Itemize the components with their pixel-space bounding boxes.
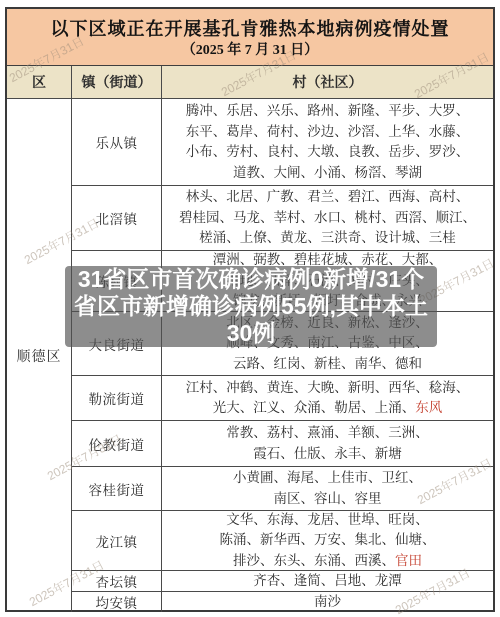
district-cell: 顺德区 (7, 99, 72, 612)
village-names: 光大、江义、众涌、勒居、上涌、 (213, 400, 416, 415)
village-line: 林头、北居、广教、君兰、碧江、西海、高村、 (162, 187, 493, 208)
village-names: 槎涌、上僚、黄龙、三洪奇、设计城、三桂 (199, 230, 456, 245)
village-list: 林头、北居、广教、君兰、碧江、西海、高村、碧桂园、马龙、莘村、水口、桃村、西滘、… (162, 186, 493, 250)
village-names: 排沙、东头、东涌、西溪、 (233, 553, 395, 568)
village-list: 南沙 (162, 592, 493, 612)
village-line: 齐杏、逢简、吕地、龙潭 (162, 571, 493, 591)
village-line: 腾冲、乐居、兴乐、路州、新隆、平步、大罗、 (162, 101, 493, 122)
village-line: 东平、葛岸、荷村、沙边、沙滘、上华、水藤、 (162, 122, 493, 143)
title-block: 以下区域正在开展基孔肯雅热本地病例疫情处置 （2025 年 7 月 31 日） (7, 9, 493, 66)
town-label: 杏坛镇 (72, 571, 162, 591)
village-names: 云路、红岗、新桂、南华、德和 (233, 356, 422, 371)
village-names: 小黄圃、海尾、上佳市、卫红、 (233, 470, 422, 485)
village-names: 江村、冲鹤、黄连、大晚、新明、西华、稔海、 (186, 380, 470, 395)
table-row: 均安镇南沙 (72, 592, 493, 612)
village-names: 文华、东海、龙居、世埠、旺岗、 (226, 512, 429, 527)
village-line: 南区、容山、容里 (162, 489, 493, 510)
village-line: 小布、劳村、良村、大墩、良教、岳步、罗沙、 (162, 142, 493, 163)
village-name-highlighted: 东风 (415, 400, 442, 415)
village-names: 常教、荔村、熹涌、羊额、三洲、 (226, 425, 429, 440)
town-label: 北滘镇 (72, 186, 162, 250)
village-names: 东平、葛岸、荷村、沙边、沙滘、上华、水藤、 (186, 124, 470, 139)
village-list: 文华、东海、龙居、世埠、旺岗、陈涌、新华西、万安、集北、仙塘、排沙、东头、东涌、… (162, 511, 493, 570)
table-row: 乐从镇腾冲、乐居、兴乐、路州、新隆、平步、大罗、东平、葛岸、荷村、沙边、沙滘、上… (72, 99, 493, 186)
village-line: 排沙、东头、东涌、西溪、官田 (162, 551, 493, 571)
header-town: 镇（街道） (72, 66, 162, 98)
town-label: 均安镇 (72, 592, 162, 612)
page-title: 以下区域正在开展基孔肯雅热本地病例疫情处置 (7, 18, 493, 40)
town-label: 乐从镇 (72, 99, 162, 185)
village-names: 陈涌、新华西、万安、集北、仙塘、 (220, 532, 436, 547)
village-line: 常教、荔村、熹涌、羊额、三洲、 (162, 423, 493, 444)
village-names: 霞石、仕版、永丰、新塘 (253, 446, 402, 461)
village-names: 小布、劳村、良村、大墩、良教、岳步、罗沙、 (186, 144, 470, 159)
table-row: 勒流街道江村、冲鹤、黄连、大晚、新明、西华、稔海、光大、江义、众涌、勒居、上涌、… (72, 376, 493, 421)
table-body: 顺德区 乐从镇腾冲、乐居、兴乐、路州、新隆、平步、大罗、东平、葛岸、荷村、沙边、… (7, 99, 493, 612)
town-label: 勒流街道 (72, 376, 162, 420)
village-names: 南区、容山、容里 (274, 491, 382, 506)
village-line: 道教、大闸、小涌、杨滘、琴湖 (162, 163, 493, 184)
village-name-highlighted: 官田 (395, 553, 422, 568)
village-names: 林头、北居、广教、君兰、碧江、西海、高村、 (186, 189, 470, 204)
table-row: 伦教街道常教、荔村、熹涌、羊额、三洲、霞石、仕版、永丰、新塘 (72, 421, 493, 467)
village-line: 陈涌、新华西、万安、集北、仙塘、 (162, 530, 493, 551)
village-line: 江村、冲鹤、黄连、大晚、新明、西华、稔海、 (162, 378, 493, 399)
header-village: 村（社区） (162, 66, 493, 98)
village-list: 常教、荔村、熹涌、羊额、三洲、霞石、仕版、永丰、新塘 (162, 421, 493, 466)
village-names: 潭洲、弼教、碧桂花城、赤花、大都、 (213, 252, 443, 267)
header-district: 区 (7, 66, 72, 98)
table-row: 北滘镇林头、北居、广教、君兰、碧江、西海、高村、碧桂园、马龙、莘村、水口、桃村、… (72, 186, 493, 251)
village-list: 齐杏、逢简、吕地、龙潭 (162, 571, 493, 591)
village-names: 道教、大闸、小涌、杨滘、琴湖 (233, 165, 422, 180)
village-line: 小黄圃、海尾、上佳市、卫红、 (162, 468, 493, 489)
village-names: 碧桂园、马龙、莘村、水口、桃村、西滘、顺江、 (179, 210, 476, 225)
village-list: 小黄圃、海尾、上佳市、卫红、南区、容山、容里 (162, 467, 493, 510)
village-list: 腾冲、乐居、兴乐、路州、新隆、平步、大罗、东平、葛岸、荷村、沙边、沙滘、上华、水… (162, 99, 493, 185)
table-header-row: 区 镇（街道） 村（社区） (7, 66, 493, 99)
village-line: 槎涌、上僚、黄龙、三洪奇、设计城、三桂 (162, 228, 493, 249)
village-line: 文华、东海、龙居、世埠、旺岗、 (162, 511, 493, 530)
village-line: 霞石、仕版、永丰、新塘 (162, 444, 493, 465)
title-date: （2025 年 7 月 31 日） (7, 41, 493, 61)
village-list: 江村、冲鹤、黄连、大晚、新明、西华、稔海、光大、江义、众涌、勒居、上涌、东风 (162, 376, 493, 420)
news-banner-text: 31省区市首次确诊病例0新增/31个省区市新增确诊病例55例,其中本土30例 (71, 266, 431, 347)
village-line: 南沙 (162, 592, 493, 612)
town-label: 容桂街道 (72, 467, 162, 510)
village-names: 南沙 (314, 594, 341, 609)
town-label: 伦教街道 (72, 421, 162, 466)
table-row: 龙江镇文华、东海、龙居、世埠、旺岗、陈涌、新华西、万安、集北、仙塘、排沙、东头、… (72, 511, 493, 571)
news-banner-overlay: 31省区市首次确诊病例0新增/31个省区市新增确诊病例55例,其中本土30例 (65, 266, 437, 347)
village-line: 光大、江义、众涌、勒居、上涌、东风 (162, 398, 493, 419)
town-label: 龙江镇 (72, 511, 162, 570)
table-body-rows: 乐从镇腾冲、乐居、兴乐、路州、新隆、平步、大罗、东平、葛岸、荷村、沙边、沙滘、上… (72, 99, 493, 612)
table-row: 杏坛镇齐杏、逢简、吕地、龙潭 (72, 571, 493, 592)
village-line: 云路、红岗、新桂、南华、德和 (162, 354, 493, 375)
table-row: 容桂街道小黄圃、海尾、上佳市、卫红、南区、容山、容里 (72, 467, 493, 511)
village-line: 碧桂园、马龙、莘村、水口、桃村、西滘、顺江、 (162, 208, 493, 229)
village-names: 齐杏、逢简、吕地、龙潭 (253, 573, 402, 588)
village-names: 腾冲、乐居、兴乐、路州、新隆、平步、大罗、 (186, 103, 470, 118)
